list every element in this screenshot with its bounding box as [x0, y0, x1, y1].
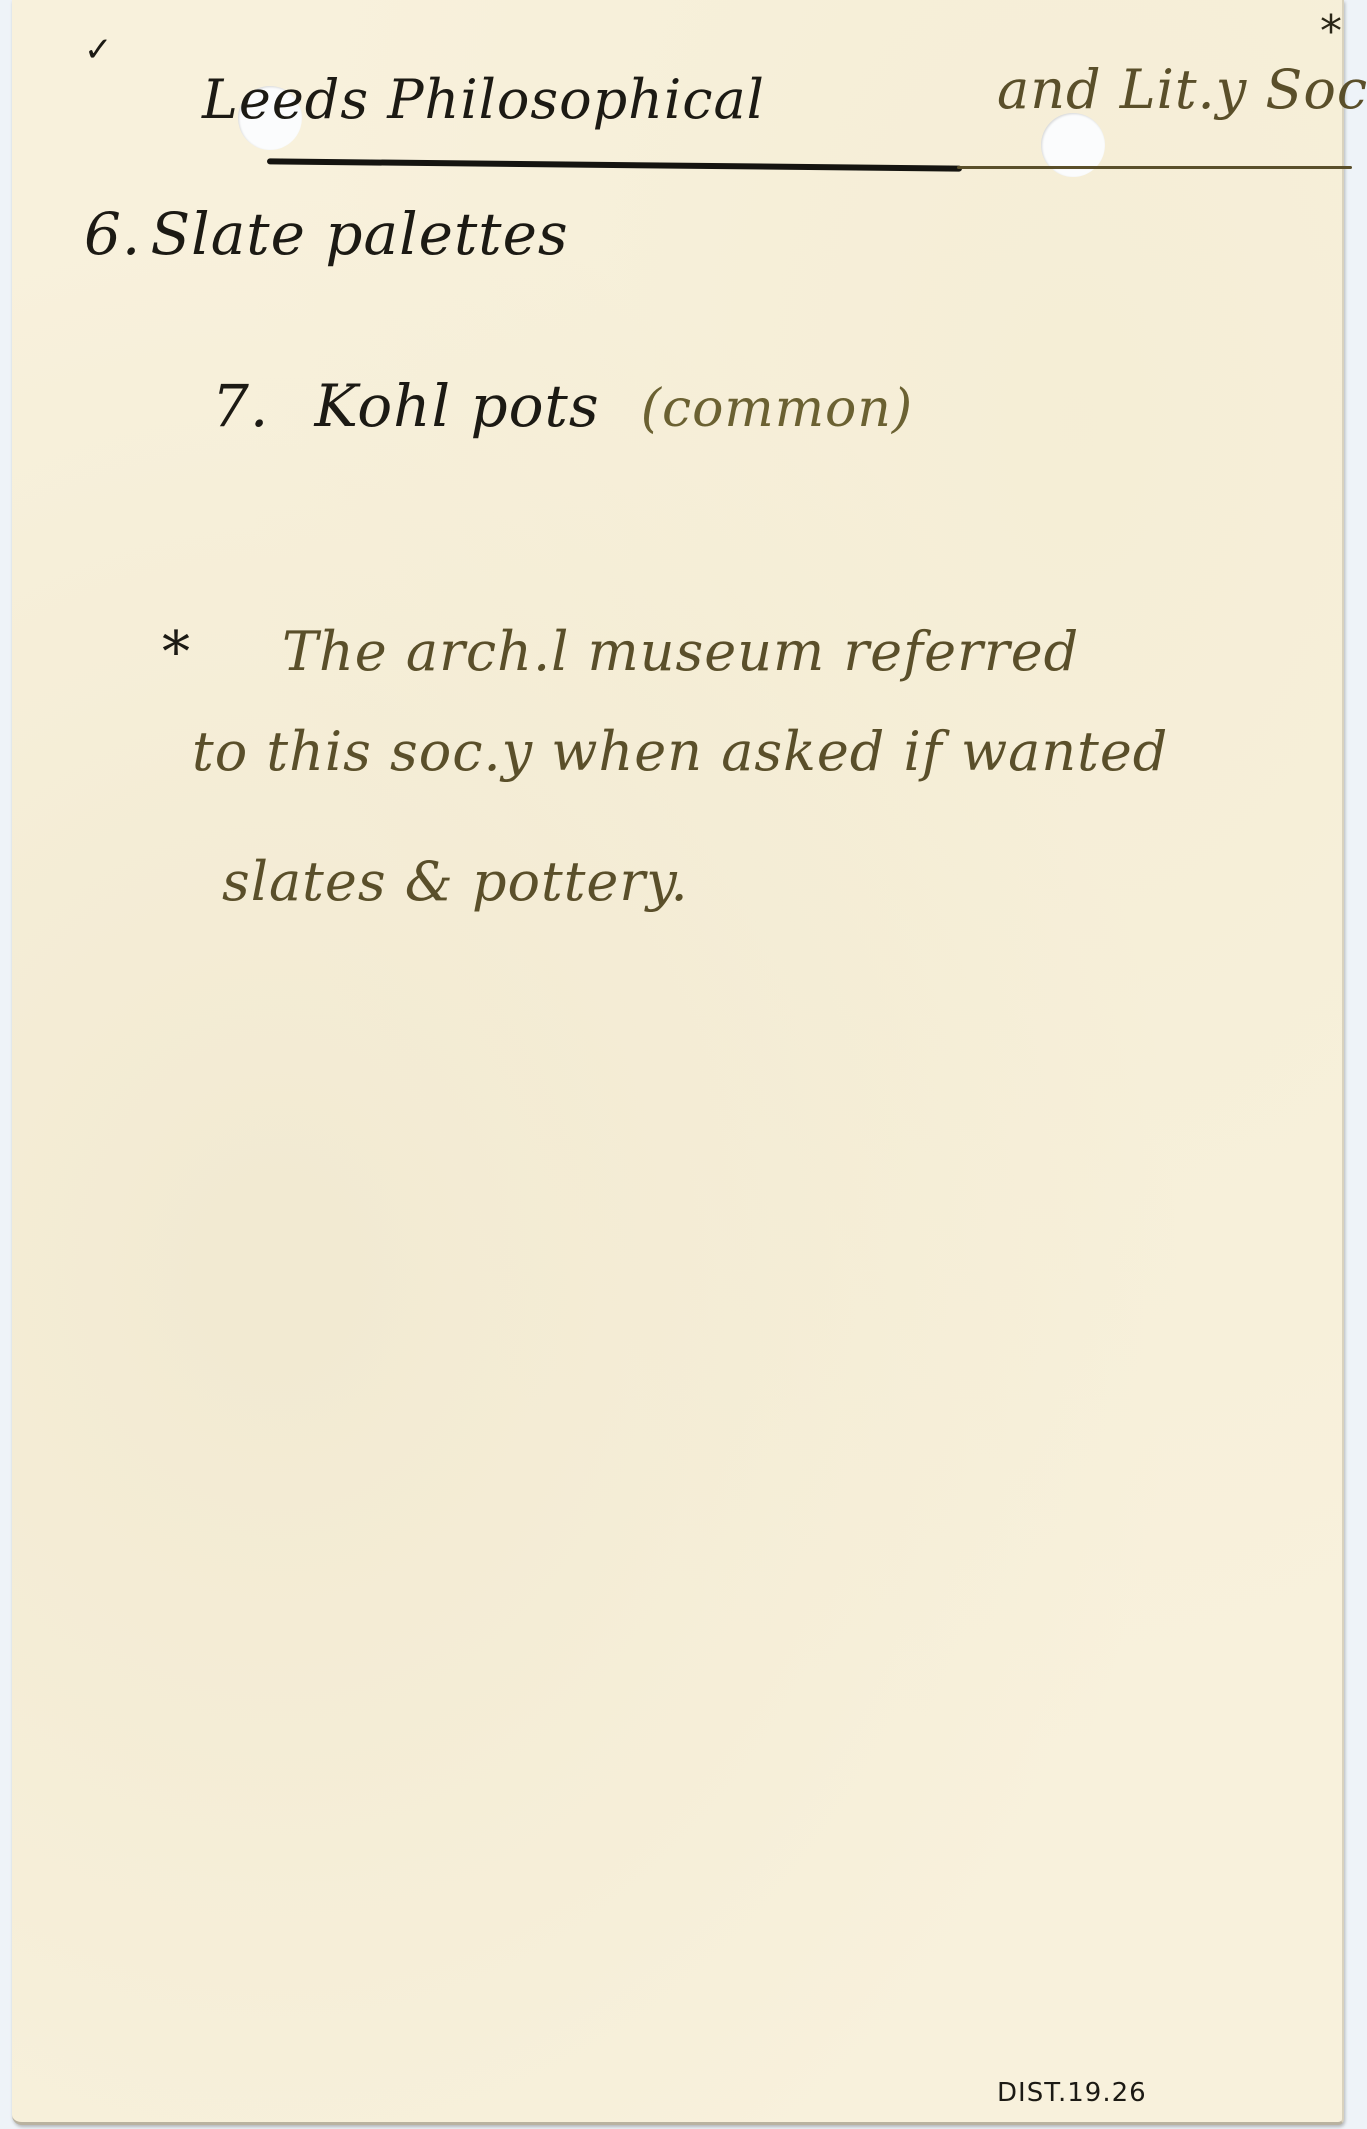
item-text: Slate palettes: [150, 200, 568, 268]
checkmark-icon: ✓: [84, 30, 113, 70]
item-note: (common): [641, 379, 913, 439]
index-card: ✓ * Leeds Philosophical and Lit.y Soc.y …: [12, 0, 1344, 2125]
item-6: 6. Slate palettes: [84, 200, 569, 268]
footnote-marker: *: [162, 620, 191, 685]
footnote-line-2: to this soc.y when asked if wanted: [192, 720, 1168, 783]
footnote-line-3: slates & pottery.: [222, 850, 689, 913]
asterisk-icon: *: [1320, 6, 1342, 57]
heading-underline: [267, 158, 962, 171]
reference-number: DIST.19.26: [997, 2078, 1147, 2108]
heading-society-name: Leeds Philosophical: [202, 68, 765, 131]
item-7: 7. Kohl pots (common): [212, 372, 913, 440]
item-number: 6.: [84, 200, 141, 268]
heading-underline-faded: [957, 166, 1352, 169]
footnote-line-1: The arch.l museum referred: [282, 620, 1079, 683]
heading-society-suffix: and Lit.y Soc.y: [997, 58, 1367, 121]
item-text: Kohl pots: [314, 372, 599, 440]
item-number: 7.: [212, 372, 269, 440]
